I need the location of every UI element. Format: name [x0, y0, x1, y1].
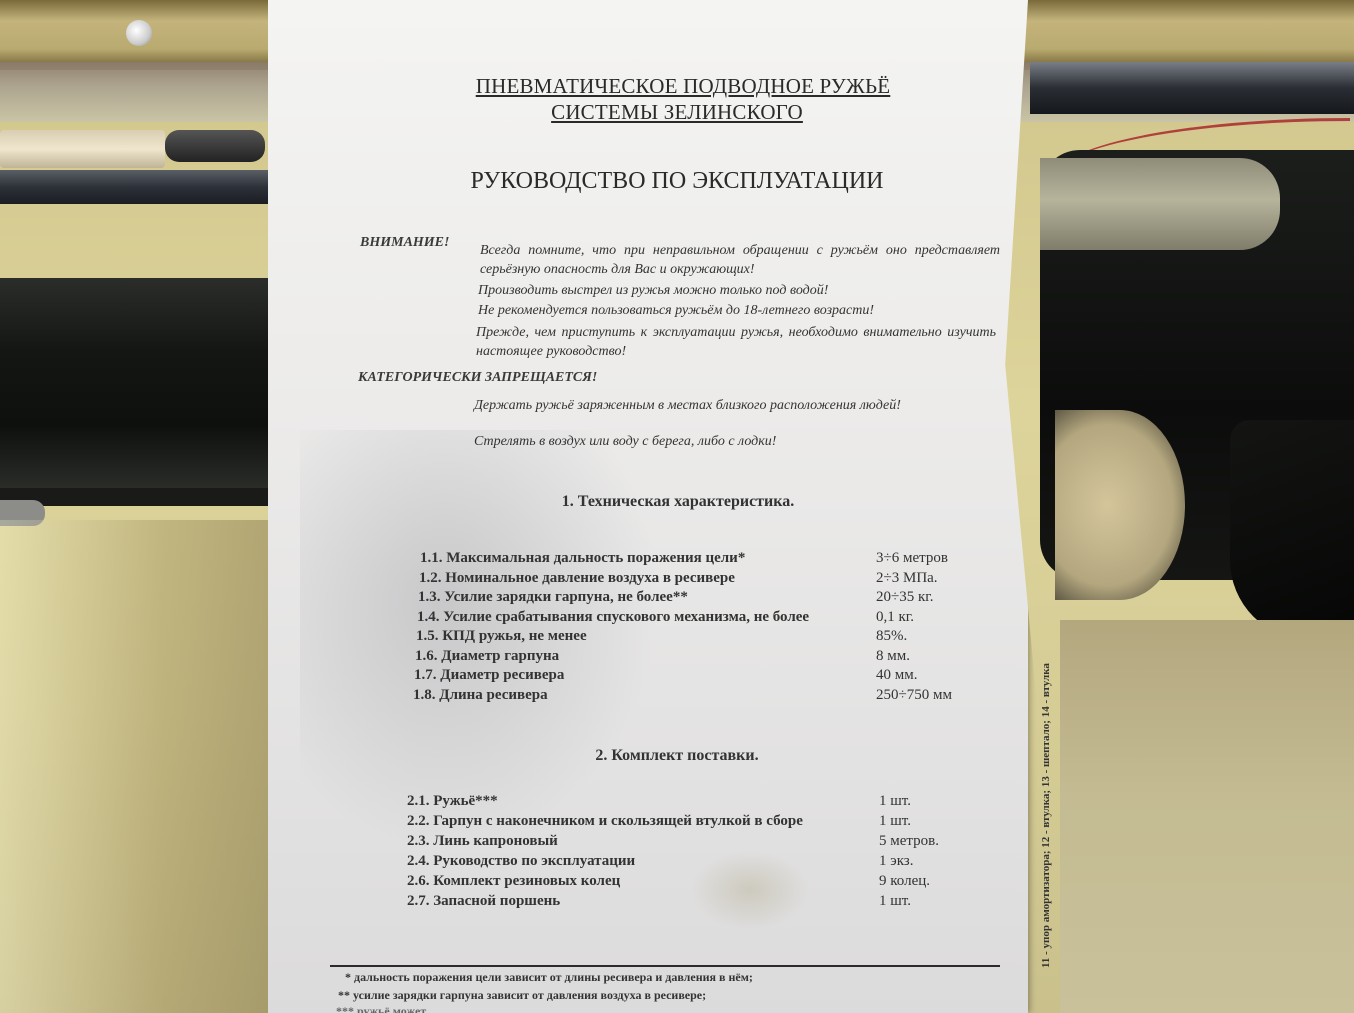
spec-value: 2÷3 МПа.: [876, 570, 938, 587]
document-title-line-1: ПНЕВМАТИЧЕСКОЕ ПОДВОДНОЕ РУЖЬЁ: [0, 74, 1354, 99]
kit-label: 2.1. Ружьё***: [407, 793, 498, 810]
spec-label: 1.3. Усилие зарядки гарпуна, не более**: [418, 589, 688, 606]
manual-content: ПНЕВМАТИЧЕСКОЕ ПОДВОДНОЕ РУЖЬЁ СИСТЕМЫ З…: [0, 0, 1354, 1013]
kit-label: 2.6. Комплект резиновых колец: [407, 873, 620, 890]
kit-value: 1 шт.: [879, 813, 911, 830]
kit-label: 2.7. Запасной поршень: [407, 893, 560, 910]
warning-label: ВНИМАНИЕ!: [360, 235, 449, 251]
prohibition-item: Стрелять в воздух или воду с берега, либ…: [474, 434, 776, 450]
side-legend-text: 11 - упор амортизатора; 12 - втулка; 13 …: [1040, 663, 1052, 968]
section-heading-specs: 1. Техническая характеристика.: [0, 493, 1354, 511]
spec-value: 8 мм.: [876, 648, 910, 665]
spec-label: 1.5. КПД ружья, не менее: [416, 628, 587, 645]
footnote-divider: [330, 965, 1000, 967]
spec-value: 85%.: [876, 628, 907, 645]
kit-label: 2.4. Руководство по эксплуатации: [407, 853, 635, 870]
document-title-line-2: СИСТЕМЫ ЗЕЛИНСКОГО: [0, 100, 1354, 125]
spec-label: 1.4. Усилие срабатывания спускового меха…: [417, 609, 809, 626]
kit-value: 9 колец.: [879, 873, 930, 890]
section-heading-contents: 2. Комплект поставки.: [0, 747, 1354, 765]
footnote: *** ружьё может ...: [336, 1004, 438, 1013]
spec-label: 1.8. Длина ресивера: [413, 687, 548, 704]
spec-value: 3÷6 метров: [876, 550, 948, 567]
spec-value: 40 мм.: [876, 667, 917, 684]
warning-item: Производить выстрел из ружья можно тольк…: [478, 283, 828, 299]
kit-value: 1 экз.: [879, 853, 913, 870]
spec-value: 250÷750 мм: [876, 687, 952, 704]
spec-label: 1.1. Максимальная дальность поражения це…: [420, 550, 745, 567]
spec-value: 20÷35 кг.: [876, 589, 933, 606]
prohibition-item: Держать ружьё заряженным в местах близко…: [474, 396, 996, 415]
kit-label: 2.3. Линь капроновый: [407, 833, 558, 850]
kit-label: 2.2. Гарпун с наконечником и скользящей …: [407, 813, 803, 830]
spec-value: 0,1 кг.: [876, 609, 914, 626]
footnote: ** усилие зарядки гарпуна зависит от дав…: [338, 988, 706, 1003]
warning-item: Прежде, чем приступить к эксплуатации ру…: [476, 323, 996, 361]
kit-value: 5 метров.: [879, 833, 939, 850]
spec-label: 1.7. Диаметр ресивера: [414, 667, 564, 684]
spec-label: 1.2. Номинальное давление воздуха в реси…: [419, 570, 735, 587]
kit-value: 1 шт.: [879, 793, 911, 810]
document-subtitle: РУКОВОДСТВО ПО ЭКСПЛУАТАЦИИ: [0, 168, 1354, 195]
spec-label: 1.6. Диаметр гарпуна: [415, 648, 559, 665]
kit-value: 1 шт.: [879, 893, 911, 910]
footnote: * дальность поражения цели зависит от дл…: [345, 970, 753, 985]
prohibition-label: КАТЕГОРИЧЕСКИ ЗАПРЕЩАЕТСЯ!: [358, 370, 597, 386]
warning-item: Не рекомендуется пользоваться ружьём до …: [478, 303, 874, 319]
warning-item: Всегда помните, что при неправильном обр…: [480, 241, 1000, 279]
